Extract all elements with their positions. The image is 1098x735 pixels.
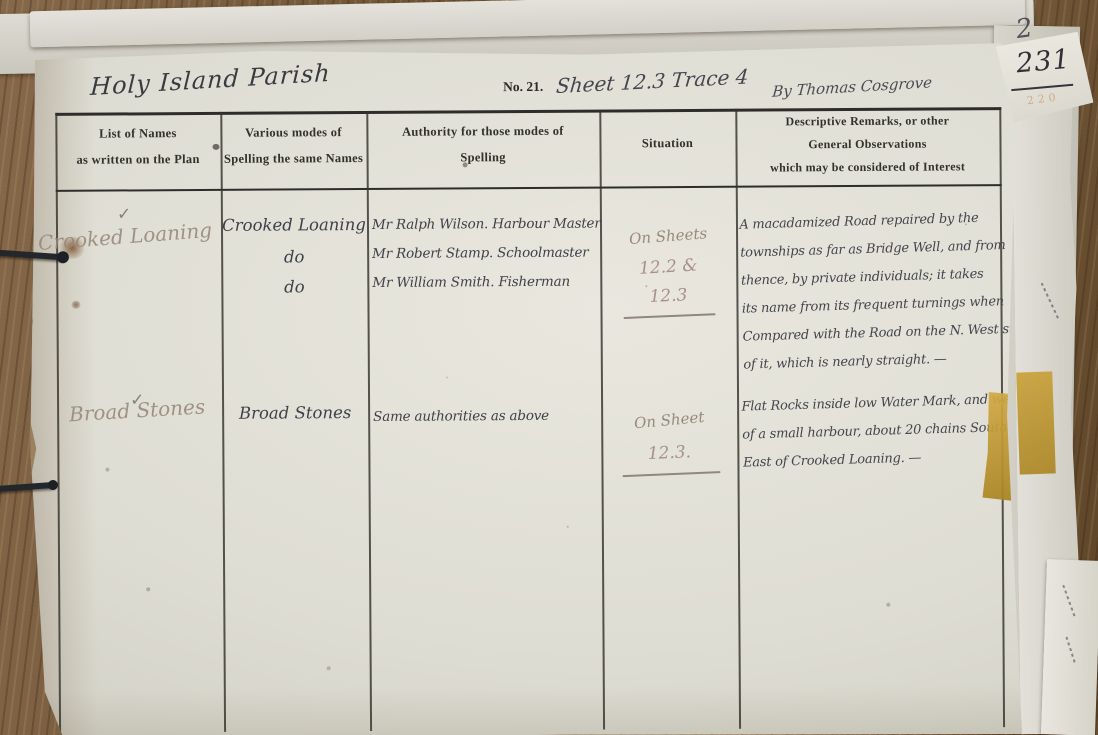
spelling-entry: Crooked Loaning <box>221 215 367 235</box>
remarks-entry: A macadamized Road repaired by the towns… <box>739 204 1006 379</box>
column-header-authority: Authority for those modes of Spelling <box>366 118 599 171</box>
sheet-trace-info: Sheet 12.3 Trace 4 <box>555 64 749 98</box>
spelling-entry: do <box>221 277 367 297</box>
ledger-page: Holy Island Parish No. 21. Sheet 12.3 Tr… <box>24 43 1030 735</box>
stain-dot <box>71 301 80 309</box>
remarks-entry: Flat Rocks inside low Water Mark, and we… <box>741 386 1005 478</box>
header-bottom-rule <box>56 184 1002 192</box>
column-header-line: Spelling <box>366 144 599 171</box>
plan-name-entry: Broad Stones <box>42 393 233 428</box>
column-header-situation: Situation <box>599 130 735 157</box>
situation-entry: 12.2 & <box>600 253 737 281</box>
torn-binding-edge <box>10 89 44 669</box>
column-header-line: Situation <box>599 130 735 157</box>
column-header-remarks: Descriptive Remarks, or other General Ob… <box>735 109 999 180</box>
spelling-entry: do <box>221 247 367 267</box>
folio-number: 231 <box>1015 44 1072 80</box>
column-header-line: Various modes of <box>220 119 366 146</box>
column-header-line: Spelling the same Names <box>220 145 366 172</box>
folio-underline <box>1011 84 1073 91</box>
column-header-line: General Observations <box>735 132 999 157</box>
form-number: No. 21. <box>503 79 543 95</box>
column-header-line: Authority for those modes of <box>366 118 599 145</box>
authority-entry: Same authorities as above <box>373 408 603 425</box>
column-header-line: Descriptive Remarks, or other <box>735 109 999 134</box>
column-header-spelling-modes: Various modes of Spelling the same Names <box>220 119 366 172</box>
examiner-signature: By Thomas Cosgrove <box>772 73 933 100</box>
parish-title: Holy Island Parish <box>90 59 332 101</box>
check-mark: ✓ <box>117 204 131 224</box>
situation-entry: 12.3 <box>600 283 737 309</box>
folio-number-faint: 220 <box>1026 90 1060 107</box>
authority-entry: Mr William Smith. Fisherman <box>372 274 602 291</box>
situation-entry: On Sheets <box>600 222 737 250</box>
name-book-photograph: 2 Holy Island Parish No. 21. Sheet 12.3 … <box>0 0 1098 735</box>
column-header-line: as written on the Plan <box>55 146 220 173</box>
column-header-names: List of Names as written on the Plan <box>55 120 220 173</box>
tape-fragment-edge <box>1016 371 1056 474</box>
situation-underline <box>623 471 721 477</box>
situation-entry: On Sheet <box>601 405 738 436</box>
column-header-line: List of Names <box>55 120 220 147</box>
column-header-line: which may be considered of Interest <box>736 155 1000 180</box>
spelling-entry: Broad Stones <box>222 403 368 423</box>
authority-entry: Mr Robert Stamp. Schoolmaster <box>372 245 602 262</box>
situation-entry: 12.3. <box>601 440 738 466</box>
situation-underline <box>624 313 716 319</box>
authority-entry: Mr Ralph Wilson. Harbour Master <box>372 216 602 233</box>
